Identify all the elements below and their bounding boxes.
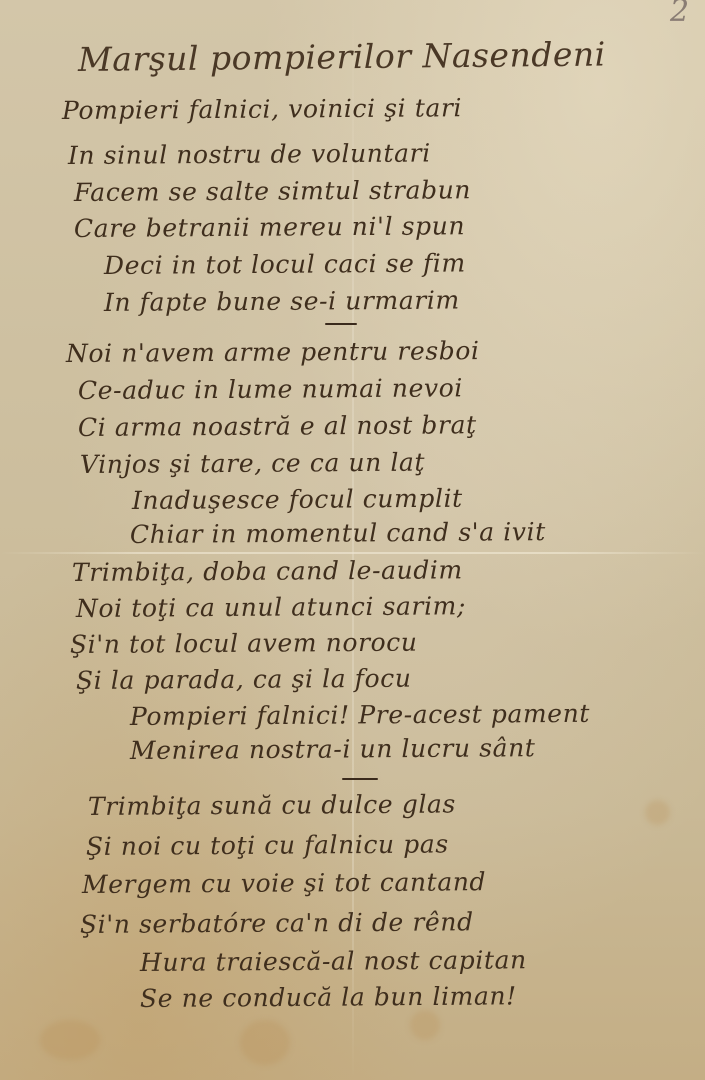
stanza-divider (342, 778, 378, 780)
verse-line: Care betranii mereu ni'l spun (74, 211, 465, 243)
verse-line: Se ne conducă la bun liman! (140, 981, 517, 1013)
verse-line: Şi la parada, ca şi la focu (76, 664, 412, 695)
paper-stain (410, 1010, 440, 1040)
verse-line: Vinjos şi tare, ce ca un laţ (80, 448, 425, 479)
page-number: 2 (670, 0, 689, 29)
verse-line: Chiar in momentul cand s'a ivit (130, 517, 546, 549)
verse-line: Mergem cu voie şi tot cantand (82, 867, 486, 899)
verse-line: Noi n'avem arme pentru resboi (66, 336, 480, 368)
paper-stain (40, 1020, 100, 1060)
paper-stain (645, 800, 670, 825)
verse-line: Facem se salte simtul strabun (74, 175, 471, 207)
stanza-divider (325, 323, 357, 325)
verse-line: Şi'n serbatóre ca'n di de rênd (80, 907, 474, 939)
verse-line: Ce-aduc in lume numai nevoi (78, 373, 463, 405)
verse-line: Şi noi cu toţi cu falnicu pas (86, 829, 449, 861)
verse-line: Trimbiţa sună cu dulce glas (88, 789, 456, 821)
verse-line: Pompieri falnici, voinici şi tari (62, 93, 462, 125)
verse-line: Inaduşesce focul cumplit (132, 484, 463, 515)
verse-line: Menirea nostra-i un lucru sânt (130, 733, 536, 765)
verse-line: Şi'n tot locul avem norocu (70, 628, 418, 659)
verse-line: In sinul nostru de voluntari (68, 138, 431, 170)
verse-line: Trimbiţa, doba cand le-audim (72, 555, 463, 587)
paper-stain (240, 1020, 290, 1065)
document-title: Marşul pompierilor Nasendeni (78, 34, 606, 79)
verse-line: Hura traiescă-al nost capitan (140, 945, 527, 977)
verse-line: Ci arma noastră e al nost braţ (78, 410, 477, 442)
verse-line: In fapte bune se-i urmarim (104, 286, 460, 317)
verse-line: Deci in tot locul caci se fim (104, 248, 466, 280)
verse-line: Noi toţi ca unul atunci sarim; (76, 591, 466, 623)
verse-line: Pompieri falnici! Pre-acest pament (130, 699, 590, 731)
